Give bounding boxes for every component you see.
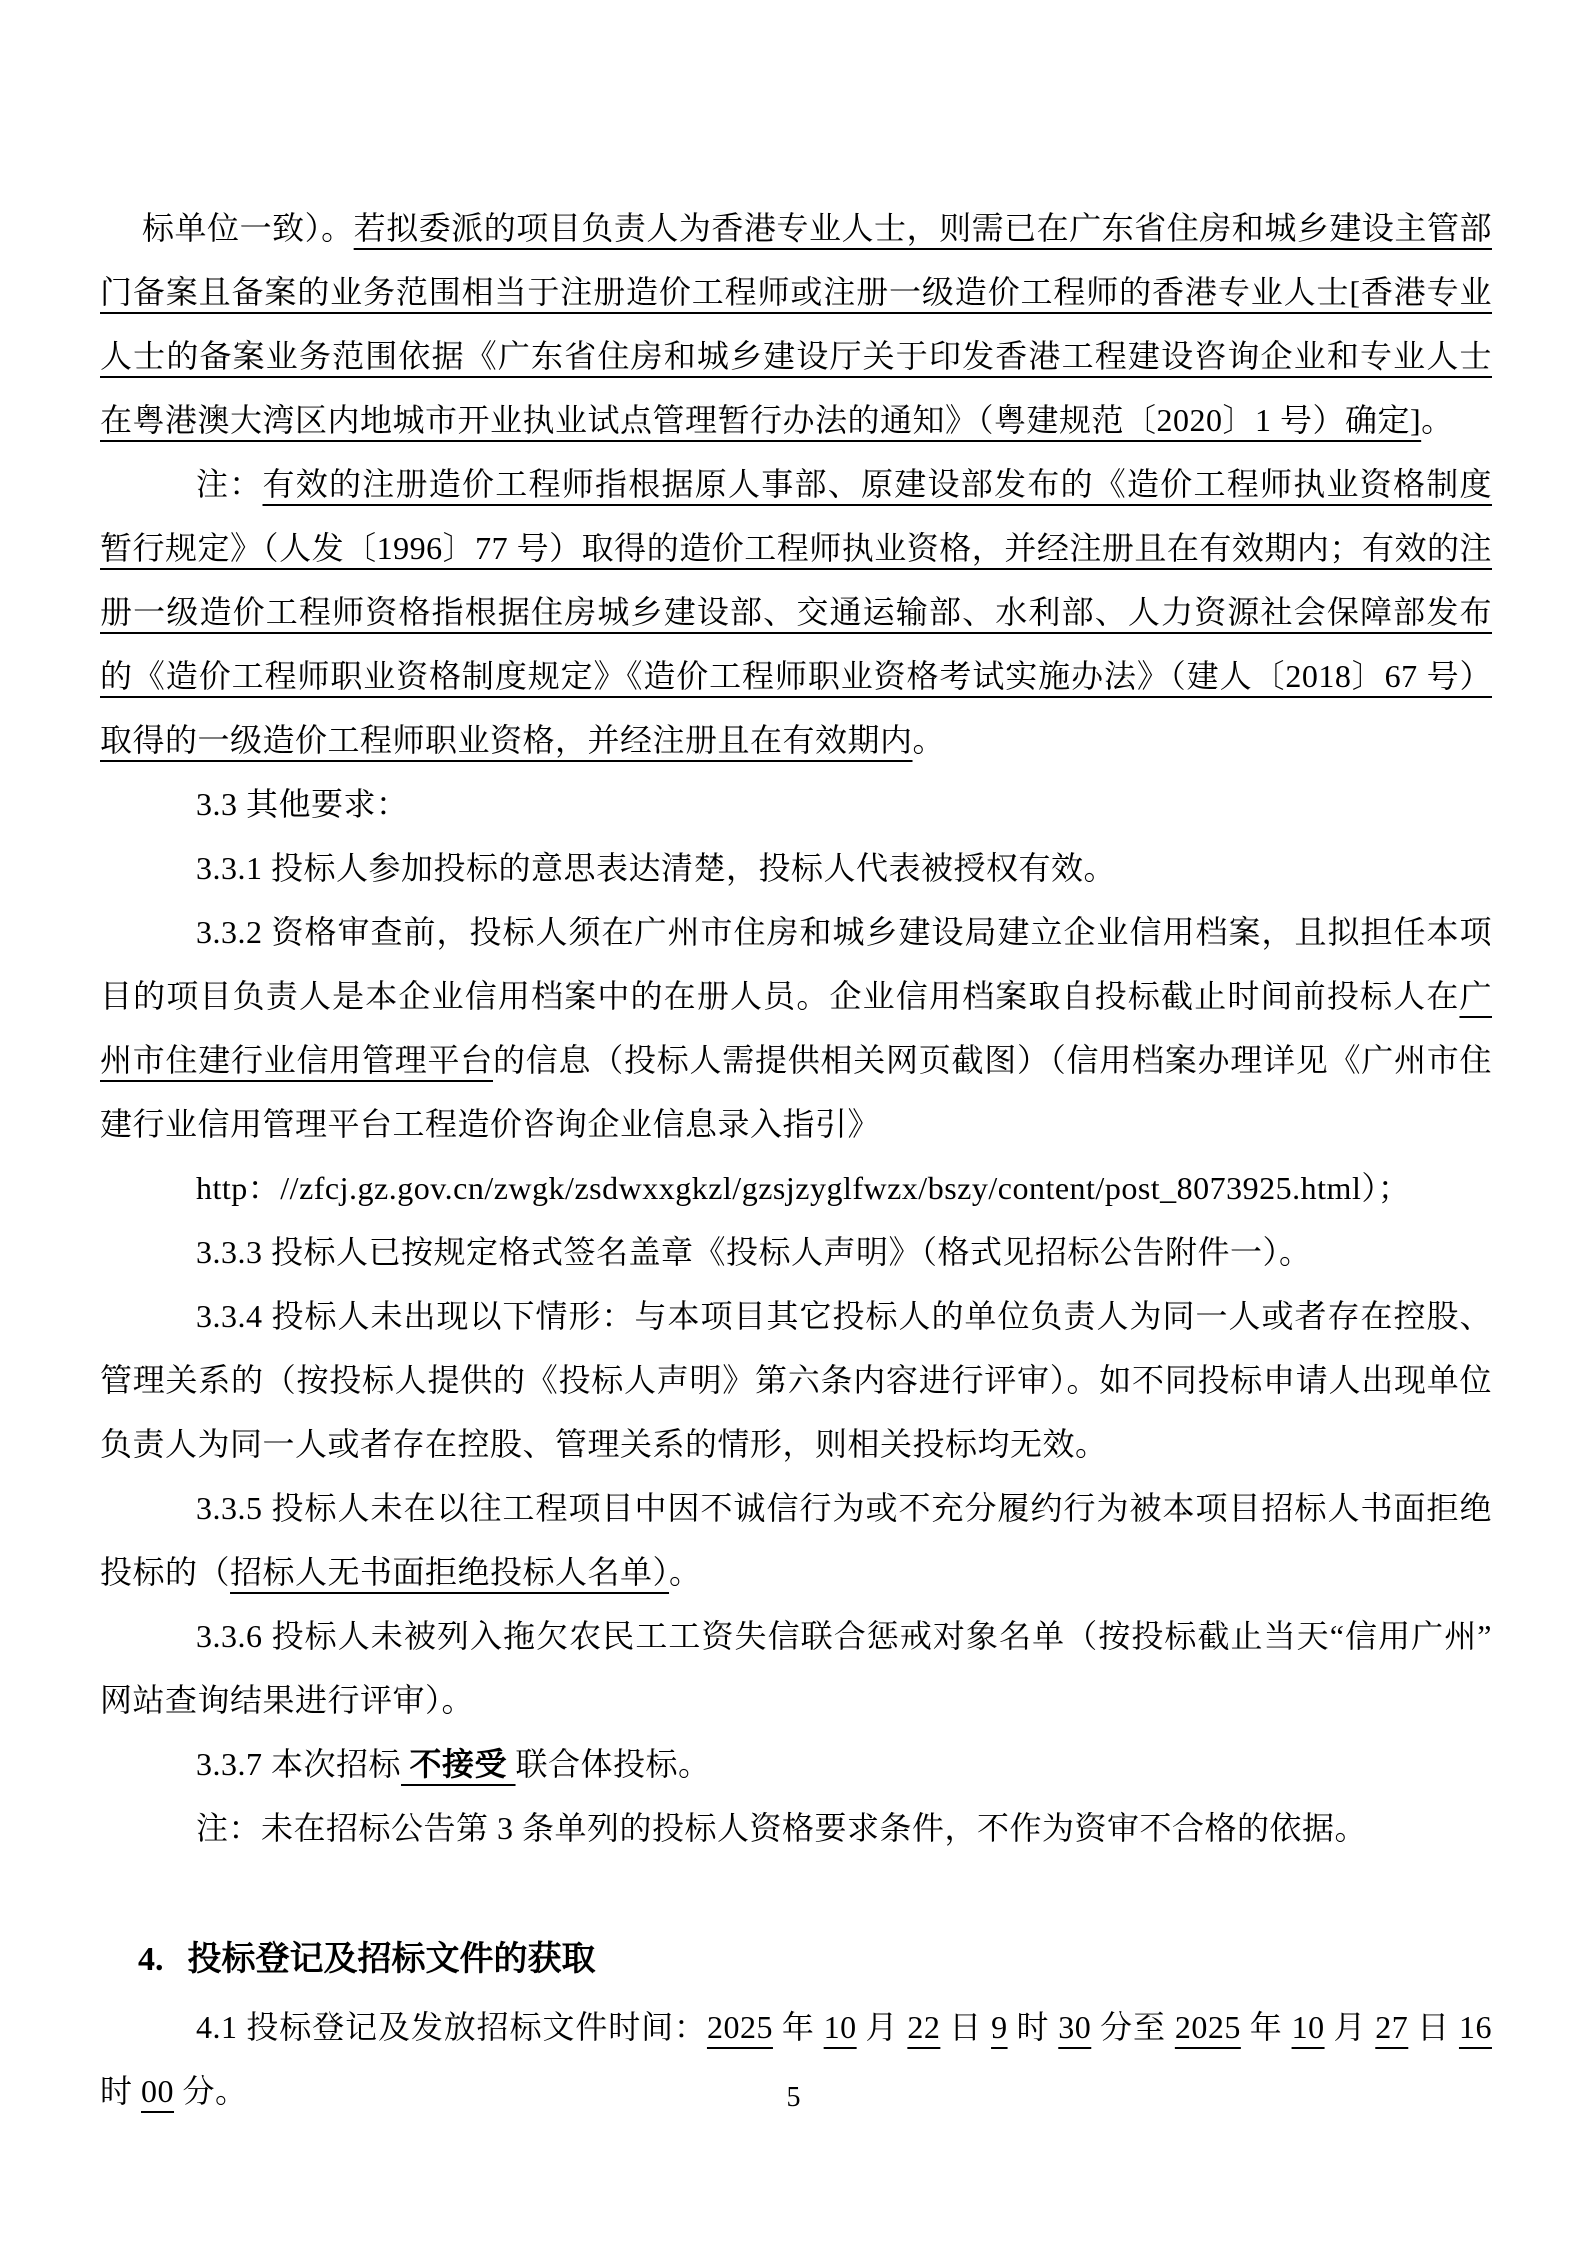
paragraph-3-3-2: 3.3.2 资格审查前，投标人须在广州市住房和城乡建设局建立企业信用档案，且拟担… [100, 900, 1492, 1156]
text-run: 3.3 其他要求： [196, 786, 409, 822]
underlined-text: 不接受 [401, 1746, 516, 1782]
document-body: 标单位一致）。若拟委派的项目负责人为香港专业人士，则需已在广东省住房和城乡建设主… [100, 196, 1492, 2123]
text-run: 年 [773, 2009, 824, 2045]
paragraph-3-3-3: 3.3.3 投标人已按规定格式签名盖章《投标人声明》（格式见招标公告附件一）。 [100, 1220, 1492, 1284]
text-run: http：//zfcj.gz.gov.cn/zwgk/zsdwxxgkzl/gz… [196, 1170, 1410, 1206]
section-4-heading: 4.投标登记及招标文件的获取 [138, 1924, 1492, 1995]
text-run: 日 [1408, 2009, 1459, 2045]
page-number: 5 [0, 2078, 1587, 2118]
underlined-text: 16 [1459, 2009, 1492, 2045]
text-run: 3.3.7 本次招标 [196, 1746, 401, 1782]
section-title: 投标登记及招标文件的获取 [188, 1940, 596, 1978]
text-run: 月 [1325, 2009, 1376, 2045]
text-run: 时 [1008, 2009, 1059, 2045]
underlined-text: 27 [1375, 2009, 1408, 2045]
underlined-text: 2025 [1175, 2009, 1241, 2045]
paragraph-continuation: 标单位一致）。若拟委派的项目负责人为香港专业人士，则需已在广东省住房和城乡建设主… [100, 196, 1492, 452]
paragraph-3-3-7: 3.3.7 本次招标 不接受 联合体投标。 [100, 1732, 1492, 1796]
paragraph-3-3-1: 3.3.1 投标人参加投标的意思表达清楚，投标人代表被授权有效。 [100, 836, 1492, 900]
document-page: 标单位一致）。若拟委派的项目负责人为香港专业人士，则需已在广东省住房和城乡建设主… [0, 0, 1587, 2245]
underlined-text: 22 [907, 2009, 940, 2045]
text-run: 联合体投标。 [516, 1746, 711, 1782]
paragraph-3-3: 3.3 其他要求： [100, 772, 1492, 836]
paragraph-3-3-4: 3.3.4 投标人未出现以下情形：与本项目其它投标人的单位负责人为同一人或者存在… [100, 1284, 1492, 1476]
paragraph-note-1: 注：有效的注册造价工程师指根据原人事部、原建设部发布的《造价工程师执业资格制度暂… [100, 452, 1492, 772]
paragraph-3-3-6: 3.3.6 投标人未被列入拖欠农民工工资失信联合惩戒对象名单（按投标截止当天“信… [100, 1604, 1492, 1732]
underlined-text: 10 [1292, 2009, 1325, 2045]
section-number: 4. [138, 1941, 164, 1978]
text-run: 年 [1241, 2009, 1292, 2045]
paragraph-note-2: 注：未在招标公告第 3 条单列的投标人资格要求条件，不作为资审不合格的依据。 [100, 1796, 1492, 1860]
underlined-text: 9 [991, 2009, 1008, 2045]
text-run: 3.3.2 资格审查前，投标人须在广州市住房和城乡建设局建立企业信用档案，且拟担… [100, 914, 1492, 1014]
text-run: 4.1 投标登记及发放招标文件时间： [196, 2009, 707, 2045]
text-run: 标单位一致）。 [142, 210, 354, 246]
text-run: 分至 [1091, 2009, 1175, 2045]
text-run: 3.3.4 投标人未出现以下情形：与本项目其它投标人的单位负责人为同一人或者存在… [100, 1298, 1492, 1462]
underlined-text: 招标人无书面拒绝投标人名单） [230, 1554, 669, 1590]
underlined-text: 有效的注册造价工程师指根据原人事部、原建设部发布的《造价工程师执业资格制度暂行规… [100, 466, 1492, 758]
text-run: 注：未在招标公告第 3 条单列的投标人资格要求条件，不作为资审不合格的依据。 [196, 1810, 1367, 1846]
underlined-text: 30 [1058, 2009, 1091, 2045]
text-run: 3.3.3 投标人已按规定格式签名盖章《投标人声明》（格式见招标公告附件一）。 [196, 1234, 1312, 1270]
text-run: 。 [913, 722, 946, 758]
underlined-text: 10 [824, 2009, 857, 2045]
text-run: 。 [669, 1554, 702, 1590]
paragraph-3-3-5: 3.3.5 投标人未在以往工程项目中因不诚信行为或不充分履约行为被本项目招标人书… [100, 1476, 1492, 1604]
text-run: 。 [1421, 402, 1454, 438]
text-run: 月 [857, 2009, 908, 2045]
text-run: 3.3.1 投标人参加投标的意思表达清楚，投标人代表被授权有效。 [196, 850, 1116, 886]
text-run: 日 [940, 2009, 991, 2045]
paragraph-url: http：//zfcj.gz.gov.cn/zwgk/zsdwxxgkzl/gz… [100, 1156, 1492, 1220]
text-run: 注： [196, 466, 263, 502]
text-run: 3.3.6 投标人未被列入拖欠农民工工资失信联合惩戒对象名单（按投标截止当天“信… [100, 1618, 1492, 1718]
underlined-text: 2025 [707, 2009, 773, 2045]
